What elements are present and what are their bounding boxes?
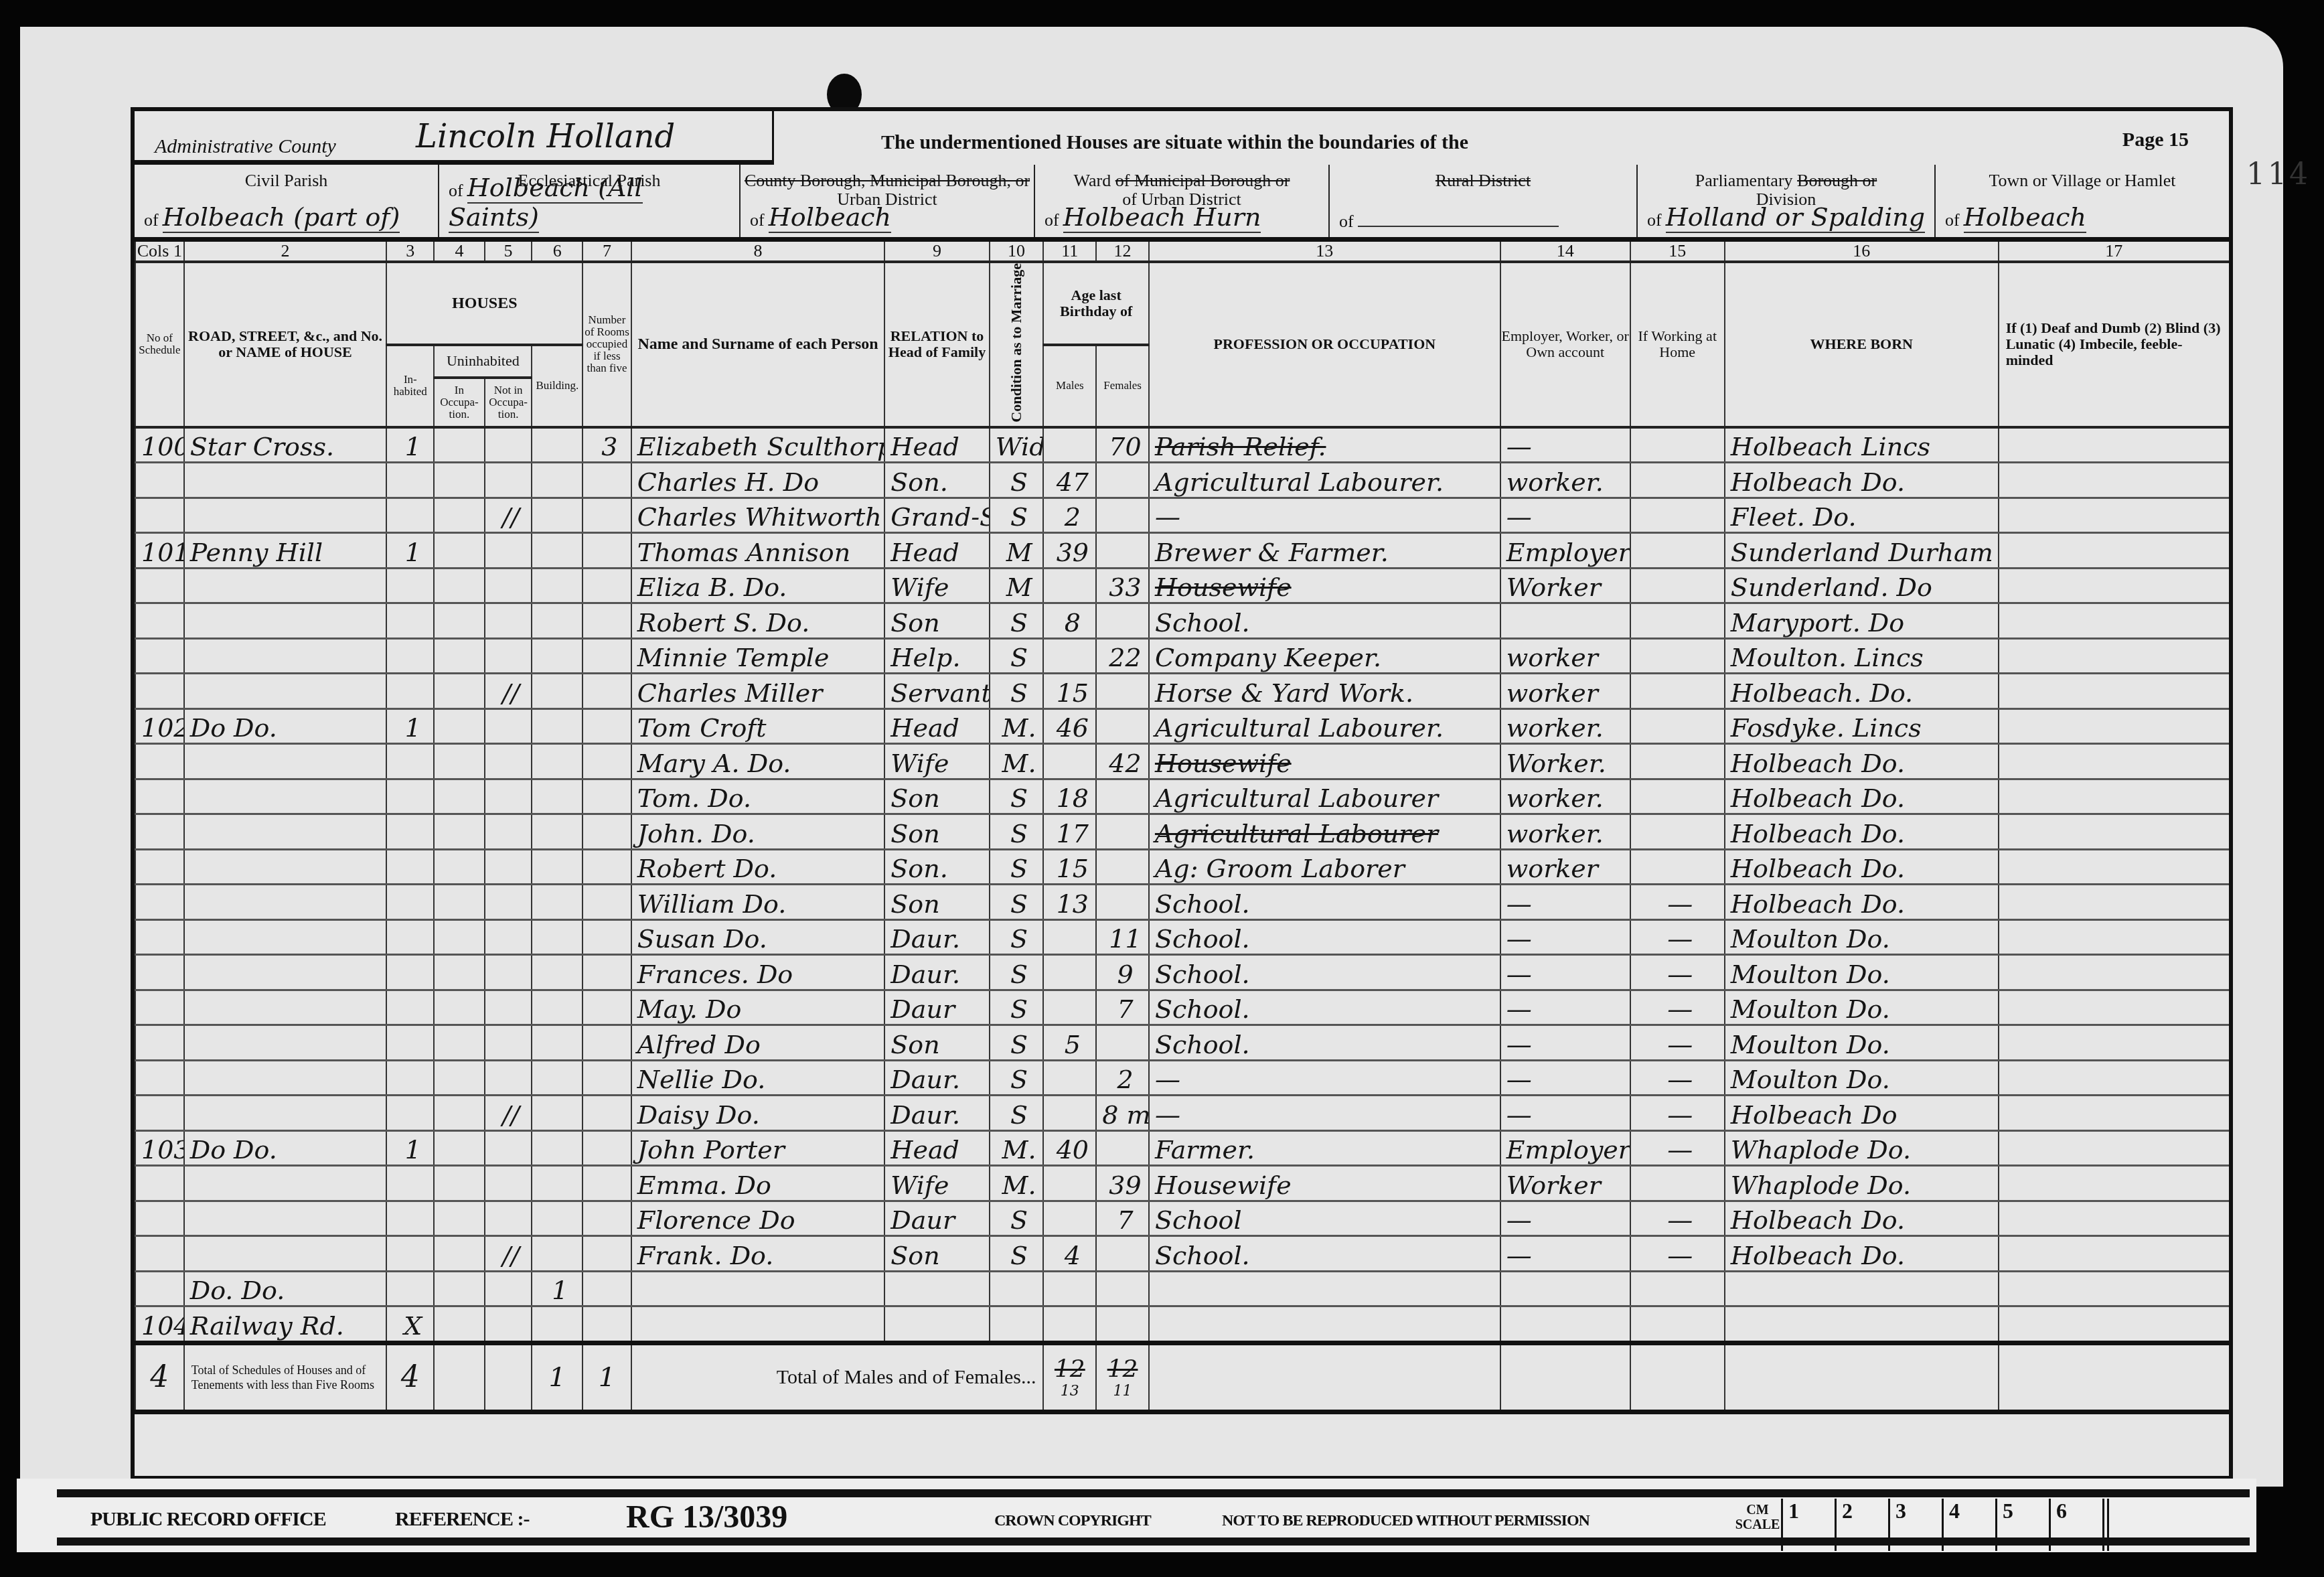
schedule-no bbox=[135, 1271, 184, 1306]
relation: Head bbox=[884, 1130, 989, 1166]
male-age bbox=[1043, 744, 1096, 779]
address bbox=[184, 1236, 387, 1272]
where-born: Holbeach Do. bbox=[1725, 1236, 1999, 1272]
inhabited bbox=[386, 463, 434, 498]
inhabited bbox=[386, 919, 434, 955]
working-at-home bbox=[1630, 568, 1725, 603]
female-age: 42 bbox=[1096, 744, 1149, 779]
in-occupation bbox=[434, 1271, 485, 1306]
ward-value: Holbeach Hurn bbox=[1063, 202, 1261, 233]
infirmity bbox=[1999, 1306, 2229, 1343]
inhabited bbox=[386, 1060, 434, 1096]
working-at-home bbox=[1630, 1271, 1725, 1306]
in-occupation bbox=[434, 568, 485, 603]
table-row: Minnie TempleHelp.S22Company Keeper.work… bbox=[135, 638, 2229, 674]
employer-status: Worker bbox=[1500, 1166, 1630, 1201]
working-at-home: — bbox=[1630, 1096, 1725, 1131]
table-row: Robert Do.Son.S15Ag: Groom Laborerworker… bbox=[135, 849, 2229, 885]
address bbox=[184, 990, 387, 1025]
schedule-no bbox=[135, 1236, 184, 1272]
occupation: Agricultural Labourer bbox=[1149, 779, 1500, 814]
person-name: Tom. Do. bbox=[631, 779, 885, 814]
building bbox=[532, 1166, 583, 1201]
relation: Daur. bbox=[884, 955, 989, 990]
person-name: Alfred Do bbox=[631, 1025, 885, 1061]
rooms bbox=[583, 463, 631, 498]
totals-row: 4 Total of Schedules of Houses and of Te… bbox=[135, 1343, 2229, 1412]
condition: S bbox=[990, 990, 1044, 1025]
occupation: School bbox=[1149, 1201, 1500, 1236]
where-born: Holbeach Do. bbox=[1725, 463, 1999, 498]
inhabited bbox=[386, 1201, 434, 1236]
male-age: 17 bbox=[1043, 814, 1096, 850]
where-born: Maryport. Do bbox=[1725, 603, 1999, 639]
rooms bbox=[583, 1130, 631, 1166]
not-in-occupation bbox=[485, 955, 532, 990]
male-age bbox=[1043, 919, 1096, 955]
archive-footer: PUBLIC RECORD OFFICE REFERENCE :- RG 13/… bbox=[17, 1479, 2256, 1552]
address: Do. Do. bbox=[184, 1271, 387, 1306]
rooms bbox=[583, 849, 631, 885]
infirmity bbox=[1999, 849, 2229, 885]
where-born: Holbeach Do. bbox=[1725, 744, 1999, 779]
male-age bbox=[1043, 955, 1096, 990]
working-at-home: — bbox=[1630, 1060, 1725, 1096]
male-age bbox=[1043, 1060, 1096, 1096]
area-ecclesiastical-parish: Ecclesiastical Parish ofHolbeach (All Sa… bbox=[439, 165, 741, 237]
male-age bbox=[1043, 990, 1096, 1025]
address bbox=[184, 849, 387, 885]
inhabited bbox=[386, 779, 434, 814]
rooms bbox=[583, 638, 631, 674]
where-born: Moulton Do. bbox=[1725, 955, 1999, 990]
col-houses: HOUSES bbox=[386, 262, 583, 345]
rooms bbox=[583, 814, 631, 850]
table-row: Alfred DoSonS5School.——Moulton Do. bbox=[135, 1025, 2229, 1061]
building bbox=[532, 533, 583, 569]
where-born: Holbeach Do. bbox=[1725, 814, 1999, 850]
employer-status: — bbox=[1500, 1201, 1630, 1236]
occupation: School. bbox=[1149, 919, 1500, 955]
col-not-in-occupation: Not in Occupa-tion. bbox=[485, 378, 532, 427]
area-urban-district: County Borough, Municipal Borough, or Ur… bbox=[741, 165, 1035, 237]
person-name: Nellie Do. bbox=[631, 1060, 885, 1096]
infirmity bbox=[1999, 1236, 2229, 1272]
male-age bbox=[1043, 638, 1096, 674]
infirmity bbox=[1999, 427, 2229, 463]
in-occupation bbox=[434, 1306, 485, 1343]
inhabited bbox=[386, 638, 434, 674]
total-schedules: 4 bbox=[135, 1343, 184, 1412]
building bbox=[532, 498, 583, 533]
working-at-home bbox=[1630, 849, 1725, 885]
condition: S bbox=[990, 463, 1044, 498]
building bbox=[532, 885, 583, 920]
not-in-occupation bbox=[485, 919, 532, 955]
in-occupation bbox=[434, 603, 485, 639]
occupation: School. bbox=[1149, 955, 1500, 990]
condition: S bbox=[990, 1236, 1044, 1272]
infirmity bbox=[1999, 674, 2229, 709]
infirmity bbox=[1999, 1201, 2229, 1236]
person-name: Frank. Do. bbox=[631, 1236, 885, 1272]
in-occupation bbox=[434, 674, 485, 709]
admin-county-box: Administrative County Lincoln Holland bbox=[135, 111, 774, 165]
female-age bbox=[1096, 674, 1149, 709]
condition: M. bbox=[990, 1166, 1044, 1201]
employer-status bbox=[1500, 1271, 1630, 1306]
address: Penny Hill bbox=[184, 533, 387, 569]
condition: M bbox=[990, 568, 1044, 603]
relation: Head bbox=[884, 427, 989, 463]
total-schedules-label: Total of Schedules of Houses and of Tene… bbox=[184, 1343, 387, 1412]
col-occupation: PROFESSION OR OCCUPATION bbox=[1149, 262, 1500, 427]
in-occupation bbox=[434, 814, 485, 850]
occupation bbox=[1149, 1271, 1500, 1306]
schedule-no bbox=[135, 498, 184, 533]
rooms bbox=[583, 674, 631, 709]
rooms bbox=[583, 990, 631, 1025]
total-rooms: 1 bbox=[583, 1343, 631, 1412]
condition: S bbox=[990, 1201, 1044, 1236]
address: Star Cross. bbox=[184, 427, 387, 463]
person-name: Florence Do bbox=[631, 1201, 885, 1236]
relation: Grand-Son bbox=[884, 498, 989, 533]
person-name: Mary A. Do. bbox=[631, 744, 885, 779]
employer-status: worker bbox=[1500, 638, 1630, 674]
relation: Son. bbox=[884, 849, 989, 885]
relation: Son bbox=[884, 1025, 989, 1061]
employer-status: Worker bbox=[1500, 568, 1630, 603]
address bbox=[184, 674, 387, 709]
address bbox=[184, 1201, 387, 1236]
condition: S bbox=[990, 849, 1044, 885]
employer-status bbox=[1500, 1306, 1630, 1343]
table-row: Susan Do.Daur.S11School.——Moulton Do. bbox=[135, 919, 2229, 955]
condition: S bbox=[990, 814, 1044, 850]
inhabited bbox=[386, 1025, 434, 1061]
in-occupation bbox=[434, 885, 485, 920]
employer-status: worker. bbox=[1500, 708, 1630, 744]
female-age: 11 bbox=[1096, 919, 1149, 955]
schedule-no bbox=[135, 568, 184, 603]
table-row: //Charles WhitworthGrand-SonS2——Fleet. D… bbox=[135, 498, 2229, 533]
where-born: Holbeach. Do. bbox=[1725, 674, 1999, 709]
female-age bbox=[1096, 498, 1149, 533]
where-born: Moulton Do. bbox=[1725, 919, 1999, 955]
condition: S bbox=[990, 955, 1044, 990]
relation: Servant bbox=[884, 674, 989, 709]
infirmity bbox=[1999, 1166, 2229, 1201]
rooms bbox=[583, 603, 631, 639]
schedule-no: 101 bbox=[135, 533, 184, 569]
inhabited bbox=[386, 955, 434, 990]
building bbox=[532, 1201, 583, 1236]
working-at-home: — bbox=[1630, 1025, 1725, 1061]
inhabited: 1 bbox=[386, 1130, 434, 1166]
building bbox=[532, 744, 583, 779]
not-in-occupation bbox=[485, 814, 532, 850]
employer-status: — bbox=[1500, 919, 1630, 955]
male-age bbox=[1043, 1096, 1096, 1131]
infirmity bbox=[1999, 533, 2229, 569]
census-form: Administrative County Lincoln Holland Th… bbox=[131, 107, 2233, 1480]
inhabited bbox=[386, 849, 434, 885]
civil-parish-value: Holbeach (part of) bbox=[163, 202, 400, 233]
building: 1 bbox=[532, 1271, 583, 1306]
table-row: 100Star Cross.13Elizabeth SculthorpeHead… bbox=[135, 427, 2229, 463]
female-age bbox=[1096, 885, 1149, 920]
occupation: School. bbox=[1149, 1236, 1500, 1272]
building bbox=[532, 1306, 583, 1343]
employer-status: worker. bbox=[1500, 814, 1630, 850]
female-age: 7 bbox=[1096, 990, 1149, 1025]
col-name: Name and Surname of each Person bbox=[631, 262, 885, 427]
working-at-home bbox=[1630, 427, 1725, 463]
where-born: Holbeach Do. bbox=[1725, 849, 1999, 885]
building bbox=[532, 427, 583, 463]
employer-status: Worker. bbox=[1500, 744, 1630, 779]
relation: Wife bbox=[884, 744, 989, 779]
male-age bbox=[1043, 427, 1096, 463]
female-age bbox=[1096, 779, 1149, 814]
relation: Son bbox=[884, 885, 989, 920]
in-occupation bbox=[434, 779, 485, 814]
rooms bbox=[583, 1025, 631, 1061]
not-in-occupation bbox=[485, 427, 532, 463]
col-inhabited: In-habited bbox=[386, 345, 434, 427]
person-name: William Do. bbox=[631, 885, 885, 920]
working-at-home bbox=[1630, 1166, 1725, 1201]
address bbox=[184, 638, 387, 674]
relation: Son bbox=[884, 603, 989, 639]
building bbox=[532, 990, 583, 1025]
in-occupation bbox=[434, 990, 485, 1025]
person-name: Charles Whitworth bbox=[631, 498, 885, 533]
occupation bbox=[1149, 1306, 1500, 1343]
relation: Daur bbox=[884, 1201, 989, 1236]
in-occupation bbox=[434, 427, 485, 463]
where-born bbox=[1725, 1306, 1999, 1343]
building bbox=[532, 919, 583, 955]
condition: S bbox=[990, 498, 1044, 533]
employer-status: worker. bbox=[1500, 463, 1630, 498]
working-at-home: — bbox=[1630, 955, 1725, 990]
male-age: 15 bbox=[1043, 849, 1096, 885]
occupation: School. bbox=[1149, 603, 1500, 639]
inhabited: 1 bbox=[386, 427, 434, 463]
parliamentary-division-value: Holland or Spalding bbox=[1666, 202, 1925, 233]
address bbox=[184, 955, 387, 990]
infirmity bbox=[1999, 1025, 2229, 1061]
in-occupation bbox=[434, 955, 485, 990]
building bbox=[532, 674, 583, 709]
relation: Son bbox=[884, 814, 989, 850]
infirmity bbox=[1999, 498, 2229, 533]
infirmity bbox=[1999, 814, 2229, 850]
area-rural-district: Rural District of bbox=[1330, 165, 1638, 237]
infirmity bbox=[1999, 1130, 2229, 1166]
person-name: John. Do. bbox=[631, 814, 885, 850]
census-table: Cols 1234567891011121314151617 No of Sch… bbox=[135, 242, 2229, 1414]
schedule-no bbox=[135, 638, 184, 674]
person-name: Thomas Annison bbox=[631, 533, 885, 569]
col-address: ROAD, STREET, &c., and No. or NAME of HO… bbox=[184, 262, 387, 427]
table-row: Tom. Do.SonS18Agricultural Labourerworke… bbox=[135, 779, 2229, 814]
person-name: Robert Do. bbox=[631, 849, 885, 885]
reference-number: RG 13/3039 bbox=[626, 1499, 787, 1535]
not-in-occupation bbox=[485, 1271, 532, 1306]
not-in-occupation bbox=[485, 638, 532, 674]
infirmity bbox=[1999, 638, 2229, 674]
cm-scale: CM SCALE 1 2 3 4 5 6 bbox=[1734, 1499, 2109, 1551]
where-born: Fosdyke. Lincs bbox=[1725, 708, 1999, 744]
working-at-home bbox=[1630, 533, 1725, 569]
female-age: 33 bbox=[1096, 568, 1149, 603]
male-age: 40 bbox=[1043, 1130, 1096, 1166]
building bbox=[532, 463, 583, 498]
person-name: Frances. Do bbox=[631, 955, 885, 990]
inhabited bbox=[386, 603, 434, 639]
infirmity bbox=[1999, 1096, 2229, 1131]
building bbox=[532, 1236, 583, 1272]
occupation: Agricultural Labourer. bbox=[1149, 708, 1500, 744]
female-age: 70 bbox=[1096, 427, 1149, 463]
occupation: School. bbox=[1149, 1025, 1500, 1061]
address bbox=[184, 814, 387, 850]
infirmity bbox=[1999, 1060, 2229, 1096]
rooms bbox=[583, 744, 631, 779]
occupation: Housewife bbox=[1149, 568, 1500, 603]
male-age bbox=[1043, 1166, 1096, 1201]
inhabited: X bbox=[386, 1306, 434, 1343]
person-name bbox=[631, 1271, 885, 1306]
working-at-home bbox=[1630, 498, 1725, 533]
in-occupation bbox=[434, 463, 485, 498]
male-age: 47 bbox=[1043, 463, 1096, 498]
not-in-occupation bbox=[485, 533, 532, 569]
female-age bbox=[1096, 1306, 1149, 1343]
schedule-no bbox=[135, 814, 184, 850]
infirmity bbox=[1999, 885, 2229, 920]
not-in-occupation bbox=[485, 568, 532, 603]
employer-status: — bbox=[1500, 427, 1630, 463]
occupation: Parish Relief. bbox=[1149, 427, 1500, 463]
area-ward: Ward of Municipal Borough orof Urban Dis… bbox=[1035, 165, 1330, 237]
building bbox=[532, 1130, 583, 1166]
relation: Wife bbox=[884, 1166, 989, 1201]
col-employer: Employer, Worker, or Own account bbox=[1500, 262, 1630, 427]
col-age: Age last Birthday of bbox=[1043, 262, 1148, 345]
person-name: Charles H. Do bbox=[631, 463, 885, 498]
occupation: Ag: Groom Laborer bbox=[1149, 849, 1500, 885]
total-males-females-label: Total of Males and of Females... bbox=[631, 1343, 1044, 1412]
page-number: Page 15 bbox=[2122, 129, 2189, 151]
in-occupation bbox=[434, 708, 485, 744]
rooms bbox=[583, 919, 631, 955]
address: Railway Rd. bbox=[184, 1306, 387, 1343]
male-age bbox=[1043, 1271, 1096, 1306]
male-age: 4 bbox=[1043, 1236, 1096, 1272]
table-row: 103Do Do.1John PorterHeadM.40Farmer.Empl… bbox=[135, 1130, 2229, 1166]
census-table-wrap: Cols 1234567891011121314151617 No of Sch… bbox=[135, 242, 2229, 1414]
employer-status: worker bbox=[1500, 674, 1630, 709]
building bbox=[532, 849, 583, 885]
area-boundaries: Civil Parish ofHolbeach (part of) Eccles… bbox=[135, 165, 2229, 242]
address bbox=[184, 919, 387, 955]
condition bbox=[990, 1306, 1044, 1343]
table-row: Charles H. DoSon.S47Agricultural Laboure… bbox=[135, 463, 2229, 498]
address bbox=[184, 603, 387, 639]
condition: S bbox=[990, 674, 1044, 709]
working-at-home bbox=[1630, 708, 1725, 744]
not-in-occupation: // bbox=[485, 1096, 532, 1131]
building bbox=[532, 603, 583, 639]
rooms bbox=[583, 1236, 631, 1272]
occupation: School. bbox=[1149, 990, 1500, 1025]
schedule-no bbox=[135, 1025, 184, 1061]
in-occupation bbox=[434, 849, 485, 885]
person-name: Eliza B. Do. bbox=[631, 568, 885, 603]
address bbox=[184, 568, 387, 603]
female-age bbox=[1096, 814, 1149, 850]
person-name: Daisy Do. bbox=[631, 1096, 885, 1131]
infirmity bbox=[1999, 744, 2229, 779]
table-row: Florence DoDaurS7School——Holbeach Do. bbox=[135, 1201, 2229, 1236]
address bbox=[184, 779, 387, 814]
not-in-occupation bbox=[485, 1166, 532, 1201]
table-row: Frances. DoDaur.S9School.——Moulton Do. bbox=[135, 955, 2229, 990]
female-age bbox=[1096, 1271, 1149, 1306]
rooms bbox=[583, 1271, 631, 1306]
male-age: 39 bbox=[1043, 533, 1096, 569]
condition: S bbox=[990, 919, 1044, 955]
inhabited bbox=[386, 1166, 434, 1201]
condition: M bbox=[990, 533, 1044, 569]
person-name: John Porter bbox=[631, 1130, 885, 1166]
rooms bbox=[583, 1060, 631, 1096]
reference-label: REFERENCE :- bbox=[395, 1508, 530, 1531]
employer-status: Employer. bbox=[1500, 533, 1630, 569]
condition: M. bbox=[990, 1130, 1044, 1166]
table-row: Emma. DoWifeM.39HousewifeWorkerWhaplode … bbox=[135, 1166, 2229, 1201]
male-age: 46 bbox=[1043, 708, 1096, 744]
rural-district-value bbox=[1358, 226, 1559, 227]
table-row: Mary A. Do.WifeM.42HousewifeWorker.Holbe… bbox=[135, 744, 2229, 779]
schedule-no: 102 bbox=[135, 708, 184, 744]
not-in-occupation: // bbox=[485, 498, 532, 533]
relation: Son. bbox=[884, 463, 989, 498]
in-occupation bbox=[434, 533, 485, 569]
not-in-occupation bbox=[485, 990, 532, 1025]
building bbox=[532, 1096, 583, 1131]
building bbox=[532, 568, 583, 603]
ecclesiastical-parish-value: Holbeach (All Saints) bbox=[449, 173, 643, 233]
occupation: Company Keeper. bbox=[1149, 638, 1500, 674]
working-at-home bbox=[1630, 779, 1725, 814]
rooms bbox=[583, 533, 631, 569]
inhabited bbox=[386, 1096, 434, 1131]
infirmity bbox=[1999, 568, 2229, 603]
female-age bbox=[1096, 603, 1149, 639]
inhabited: 1 bbox=[386, 533, 434, 569]
col-building: Building. bbox=[532, 345, 583, 427]
employer-status: — bbox=[1500, 1236, 1630, 1272]
in-occupation bbox=[434, 1166, 485, 1201]
where-born: Holbeach Do bbox=[1725, 1096, 1999, 1131]
employer-status: — bbox=[1500, 1096, 1630, 1131]
female-age bbox=[1096, 1236, 1149, 1272]
